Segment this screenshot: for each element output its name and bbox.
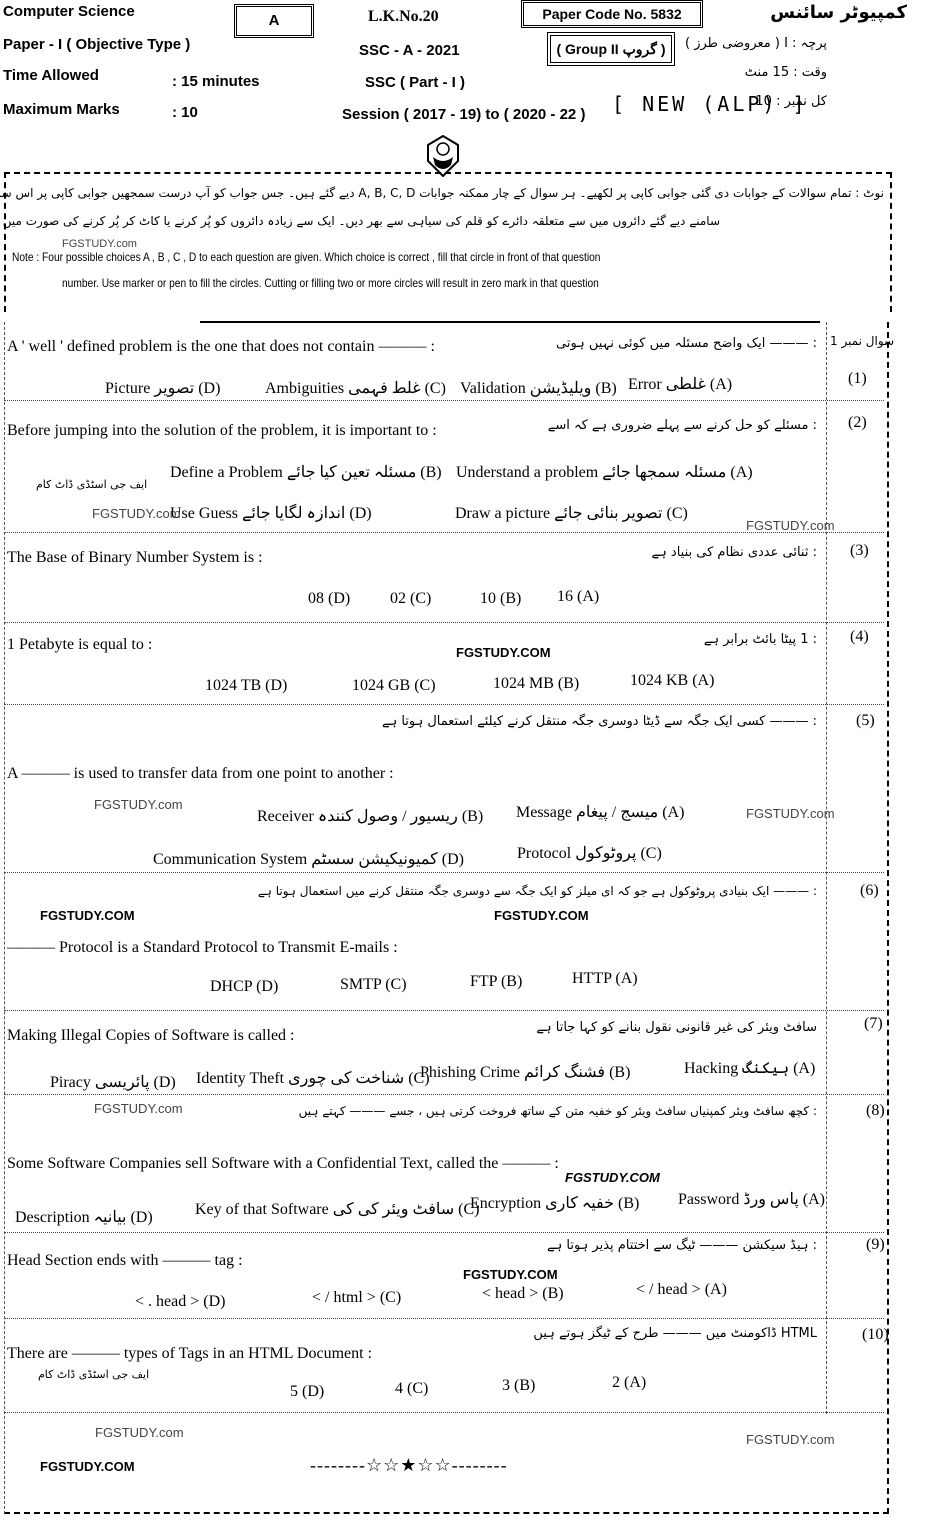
question-6-text: ——— Protocol is a Standard Protocol to T… xyxy=(7,939,398,957)
marks-label: Maximum Marks xyxy=(3,101,120,118)
watermark-bold: FGSTUDY.COM xyxy=(494,908,589,923)
watermark-urdu: ایف جی اسٹڈی ڈاٹ کام xyxy=(38,1368,149,1381)
q10-option-c[interactable]: 4 (C) xyxy=(395,1380,428,1398)
q7-option-a[interactable]: Hacking ہیکنگ (A) xyxy=(684,1058,815,1078)
question-5-urdu: : ——— کسی ایک جگہ سے ڈیٹا دوسری جگہ منتق… xyxy=(382,714,817,729)
row-divider xyxy=(4,1094,884,1095)
question-8-text: Some Software Companies sell Software wi… xyxy=(7,1155,559,1173)
urdu-subject: کمپیوٹر سائنس xyxy=(770,2,907,23)
question-9-text: Head Section ends with ——— tag : xyxy=(7,1252,243,1270)
question-3-number: (3) xyxy=(850,542,869,560)
question-5-number: (5) xyxy=(856,712,875,730)
watermark: FGSTUDY.com xyxy=(92,506,181,521)
group-box: ( Group II گروپ ) xyxy=(547,32,675,66)
q4-option-b[interactable]: 1024 MB (B) xyxy=(493,675,579,693)
watermark-bold: FGSTUDY.COM xyxy=(40,908,135,923)
question-3-urdu: : ثنائی عددی نظام کی بنیاد ہے xyxy=(652,545,817,560)
q4-option-a[interactable]: 1024 KB (A) xyxy=(630,672,714,690)
watermark-bold: FGSTUDY.COM xyxy=(463,1267,558,1282)
q8-option-c[interactable]: Key of that Software سافٹ ویئر کی کی (C) xyxy=(195,1199,479,1219)
watermark: FGSTUDY.com xyxy=(62,238,137,250)
lk-number: L.K.No.20 xyxy=(368,8,439,26)
q1-option-c[interactable]: Ambiguities غلط فہمی (C) xyxy=(265,378,446,398)
board-logo-icon xyxy=(425,135,461,177)
question-8-number: (8) xyxy=(866,1102,885,1120)
question-2-number: (2) xyxy=(848,414,867,432)
q1-option-d[interactable]: Picture تصویر (D) xyxy=(105,378,220,398)
exam-part: SSC ( Part - I ) xyxy=(365,74,465,91)
q3-option-a[interactable]: 16 (A) xyxy=(557,588,599,606)
q2-option-d[interactable]: Use Guess اندازہ لگایا جائے (D) xyxy=(170,503,372,523)
question-9-number: (9) xyxy=(866,1236,885,1254)
question-4-text: 1 Petabyte is equal to : xyxy=(7,636,152,654)
q2-option-a[interactable]: Understand a problem مسئلہ سمجھا جائے (A… xyxy=(456,462,753,482)
question-7-number: (7) xyxy=(864,1015,883,1033)
row-divider xyxy=(4,704,884,705)
exam-name: SSC - A - 2021 xyxy=(359,42,460,59)
watermark: FGSTUDY.com xyxy=(746,518,835,533)
question-2-urdu: : مسئلے کو حل کرنے سے پہلے ضروری ہے کہ ا… xyxy=(548,418,817,433)
q3-option-b[interactable]: 10 (B) xyxy=(480,590,521,608)
subject-title: Computer Science xyxy=(3,3,135,20)
question-1-text: A ' well ' defined problem is the one th… xyxy=(7,338,435,356)
q9-option-a[interactable]: < / head > (A) xyxy=(636,1281,727,1299)
q10-option-b[interactable]: 3 (B) xyxy=(502,1377,535,1395)
question-2-text: Before jumping into the solution of the … xyxy=(7,422,437,440)
question-1-number: (1) xyxy=(848,370,867,388)
question-10-text: There are ——— types of Tags in an HTML D… xyxy=(7,1345,372,1363)
question-1-urdu: : ——— ایک واضح مسئلہ میں کوئی نہیں ہوتی xyxy=(556,336,817,351)
q1-option-b[interactable]: Validation ویلیڈیشن (B) xyxy=(460,378,617,398)
q8-option-d[interactable]: Description بیانیہ (D) xyxy=(15,1207,153,1227)
question-10-urdu: HTML ڈاکومنٹ میں ——— طرح کے ٹیگز ہوتے ہی… xyxy=(533,1326,817,1341)
question-6-urdu: : ——— ایک بنیادی پروٹوکول ہے جو کہ ای می… xyxy=(258,884,817,898)
note-urdu-line2: سامنے دیے گئے دائروں میں سے متعلقہ دائرے… xyxy=(0,214,720,228)
watermark: FGSTUDY.com xyxy=(746,806,835,821)
question-label-urdu: سوال نمبر 1 xyxy=(830,334,894,348)
time-label: Time Allowed xyxy=(3,67,99,84)
q5-option-d[interactable]: Communication System کمیونیکیشن سسٹم (D) xyxy=(153,849,464,869)
row-divider xyxy=(4,622,884,623)
paper-type: Paper - I ( Objective Type ) xyxy=(3,36,190,53)
q10-option-a[interactable]: 2 (A) xyxy=(612,1374,646,1392)
q8-option-a[interactable]: Password پاس ورڈ (A) xyxy=(678,1189,825,1209)
q4-option-d[interactable]: 1024 TB (D) xyxy=(205,677,287,695)
q7-option-d[interactable]: Piracy پائریسی (D) xyxy=(50,1072,176,1092)
urdu-paper: پرچہ : I ( معروضی طرز ) xyxy=(685,36,827,51)
q6-option-a[interactable]: HTTP (A) xyxy=(572,970,638,988)
number-column-divider xyxy=(826,322,828,1414)
question-10-number: (10) xyxy=(862,1326,889,1344)
q10-option-d[interactable]: 5 (D) xyxy=(290,1383,324,1401)
q5-option-c[interactable]: Protocol پروٹوکول (C) xyxy=(517,843,662,863)
q5-option-a[interactable]: Message میسج / پیغام (A) xyxy=(516,802,684,822)
q9-option-d[interactable]: < . head > (D) xyxy=(135,1293,225,1311)
question-5-text: A ——— is used to transfer data from one … xyxy=(7,765,394,783)
urdu-time: وقت : 15 منٹ xyxy=(745,65,827,80)
row-divider xyxy=(4,1010,884,1011)
q4-option-c[interactable]: 1024 GB (C) xyxy=(352,677,436,695)
row-divider xyxy=(4,1232,884,1233)
marks-value: : 10 xyxy=(172,104,198,121)
question-8-urdu: : کچھ سافٹ ویئر کمپنیاں سافٹ ویئر کو خفی… xyxy=(299,1104,817,1118)
time-value: : 15 minutes xyxy=(172,73,260,90)
q2-option-b[interactable]: Define a Problem مسئلہ تعین کیا جائے (B) xyxy=(170,462,442,482)
q6-option-c[interactable]: SMTP (C) xyxy=(340,976,407,994)
note-urdu-line1: نوٹ : تمام سوالات کے جوابات دی گئی جوابی… xyxy=(0,186,884,200)
question-9-urdu: : ہیڈ سیکشن ——— ٹیگ سے اختتام پذیر ہوتا … xyxy=(547,1238,817,1253)
watermark: FGSTUDY.com xyxy=(94,1101,183,1116)
watermark: FGSTUDY.com xyxy=(95,1425,184,1440)
row-divider xyxy=(4,1318,884,1319)
q3-option-c[interactable]: 02 (C) xyxy=(390,590,431,608)
q3-option-d[interactable]: 08 (D) xyxy=(308,590,350,608)
q6-option-d[interactable]: DHCP (D) xyxy=(210,978,278,996)
session: Session ( 2017 - 19) to ( 2020 - 22 ) xyxy=(342,106,585,123)
question-7-urdu: سافٹ ویئر کی غیر قانونی نقول بنانے کو کہ… xyxy=(536,1020,817,1035)
q9-option-b[interactable]: < head > (B) xyxy=(482,1285,564,1303)
question-4-number: (4) xyxy=(850,628,869,646)
row-divider xyxy=(4,872,884,873)
q2-option-c[interactable]: Draw a picture تصویر بنائی جائے (C) xyxy=(455,503,688,523)
question-6-number: (6) xyxy=(860,882,879,900)
q8-option-b[interactable]: Encryption خفیہ کاری (B) xyxy=(470,1193,639,1213)
q5-option-b[interactable]: Receiver ریسیور / وصول کنندہ (B) xyxy=(257,806,483,826)
footer-ornament: --------☆☆★☆☆-------- xyxy=(310,1455,508,1476)
q7-option-c[interactable]: Identity Theft شناخت کی چوری (C) xyxy=(196,1068,430,1088)
watermark-bold: FGSTUDY.COM xyxy=(456,645,551,660)
q1-option-a[interactable]: Error غلطی (A) xyxy=(628,374,732,394)
watermark-bold: FGSTUDY.COM xyxy=(565,1170,660,1185)
note-english-line2: number. Use marker or pen to fill the ci… xyxy=(62,276,599,290)
note-english-line1: Note : Four possible choices A , B , C ,… xyxy=(12,250,600,264)
question-7-text: Making Illegal Copies of Software is cal… xyxy=(7,1027,294,1045)
watermark: FGSTUDY.com xyxy=(746,1432,835,1447)
row-divider xyxy=(4,1412,884,1413)
instructions-box: نوٹ : تمام سوالات کے جوابات دی گئی جوابی… xyxy=(4,172,892,312)
urdu-marks: کل نمبر : 10 xyxy=(755,94,827,109)
question-4-urdu: : 1 پیٹا بائٹ برابر ہے xyxy=(704,632,817,647)
question-3-text: The Base of Binary Number System is : xyxy=(7,549,263,567)
watermark-bold: FGSTUDY.COM xyxy=(40,1459,135,1474)
watermark-urdu: ایف جی اسٹڈی ڈاٹ کام xyxy=(36,478,147,491)
row-divider xyxy=(4,400,884,401)
paper-code: Paper Code No. 5832 xyxy=(521,0,703,28)
watermark: FGSTUDY.com xyxy=(94,797,183,812)
q6-option-b[interactable]: FTP (B) xyxy=(470,973,522,991)
q9-option-c[interactable]: < / html > (C) xyxy=(312,1289,401,1307)
version-box: A xyxy=(234,4,314,38)
q7-option-b[interactable]: Phishing Crime فشنگ کرائم (B) xyxy=(420,1062,630,1082)
